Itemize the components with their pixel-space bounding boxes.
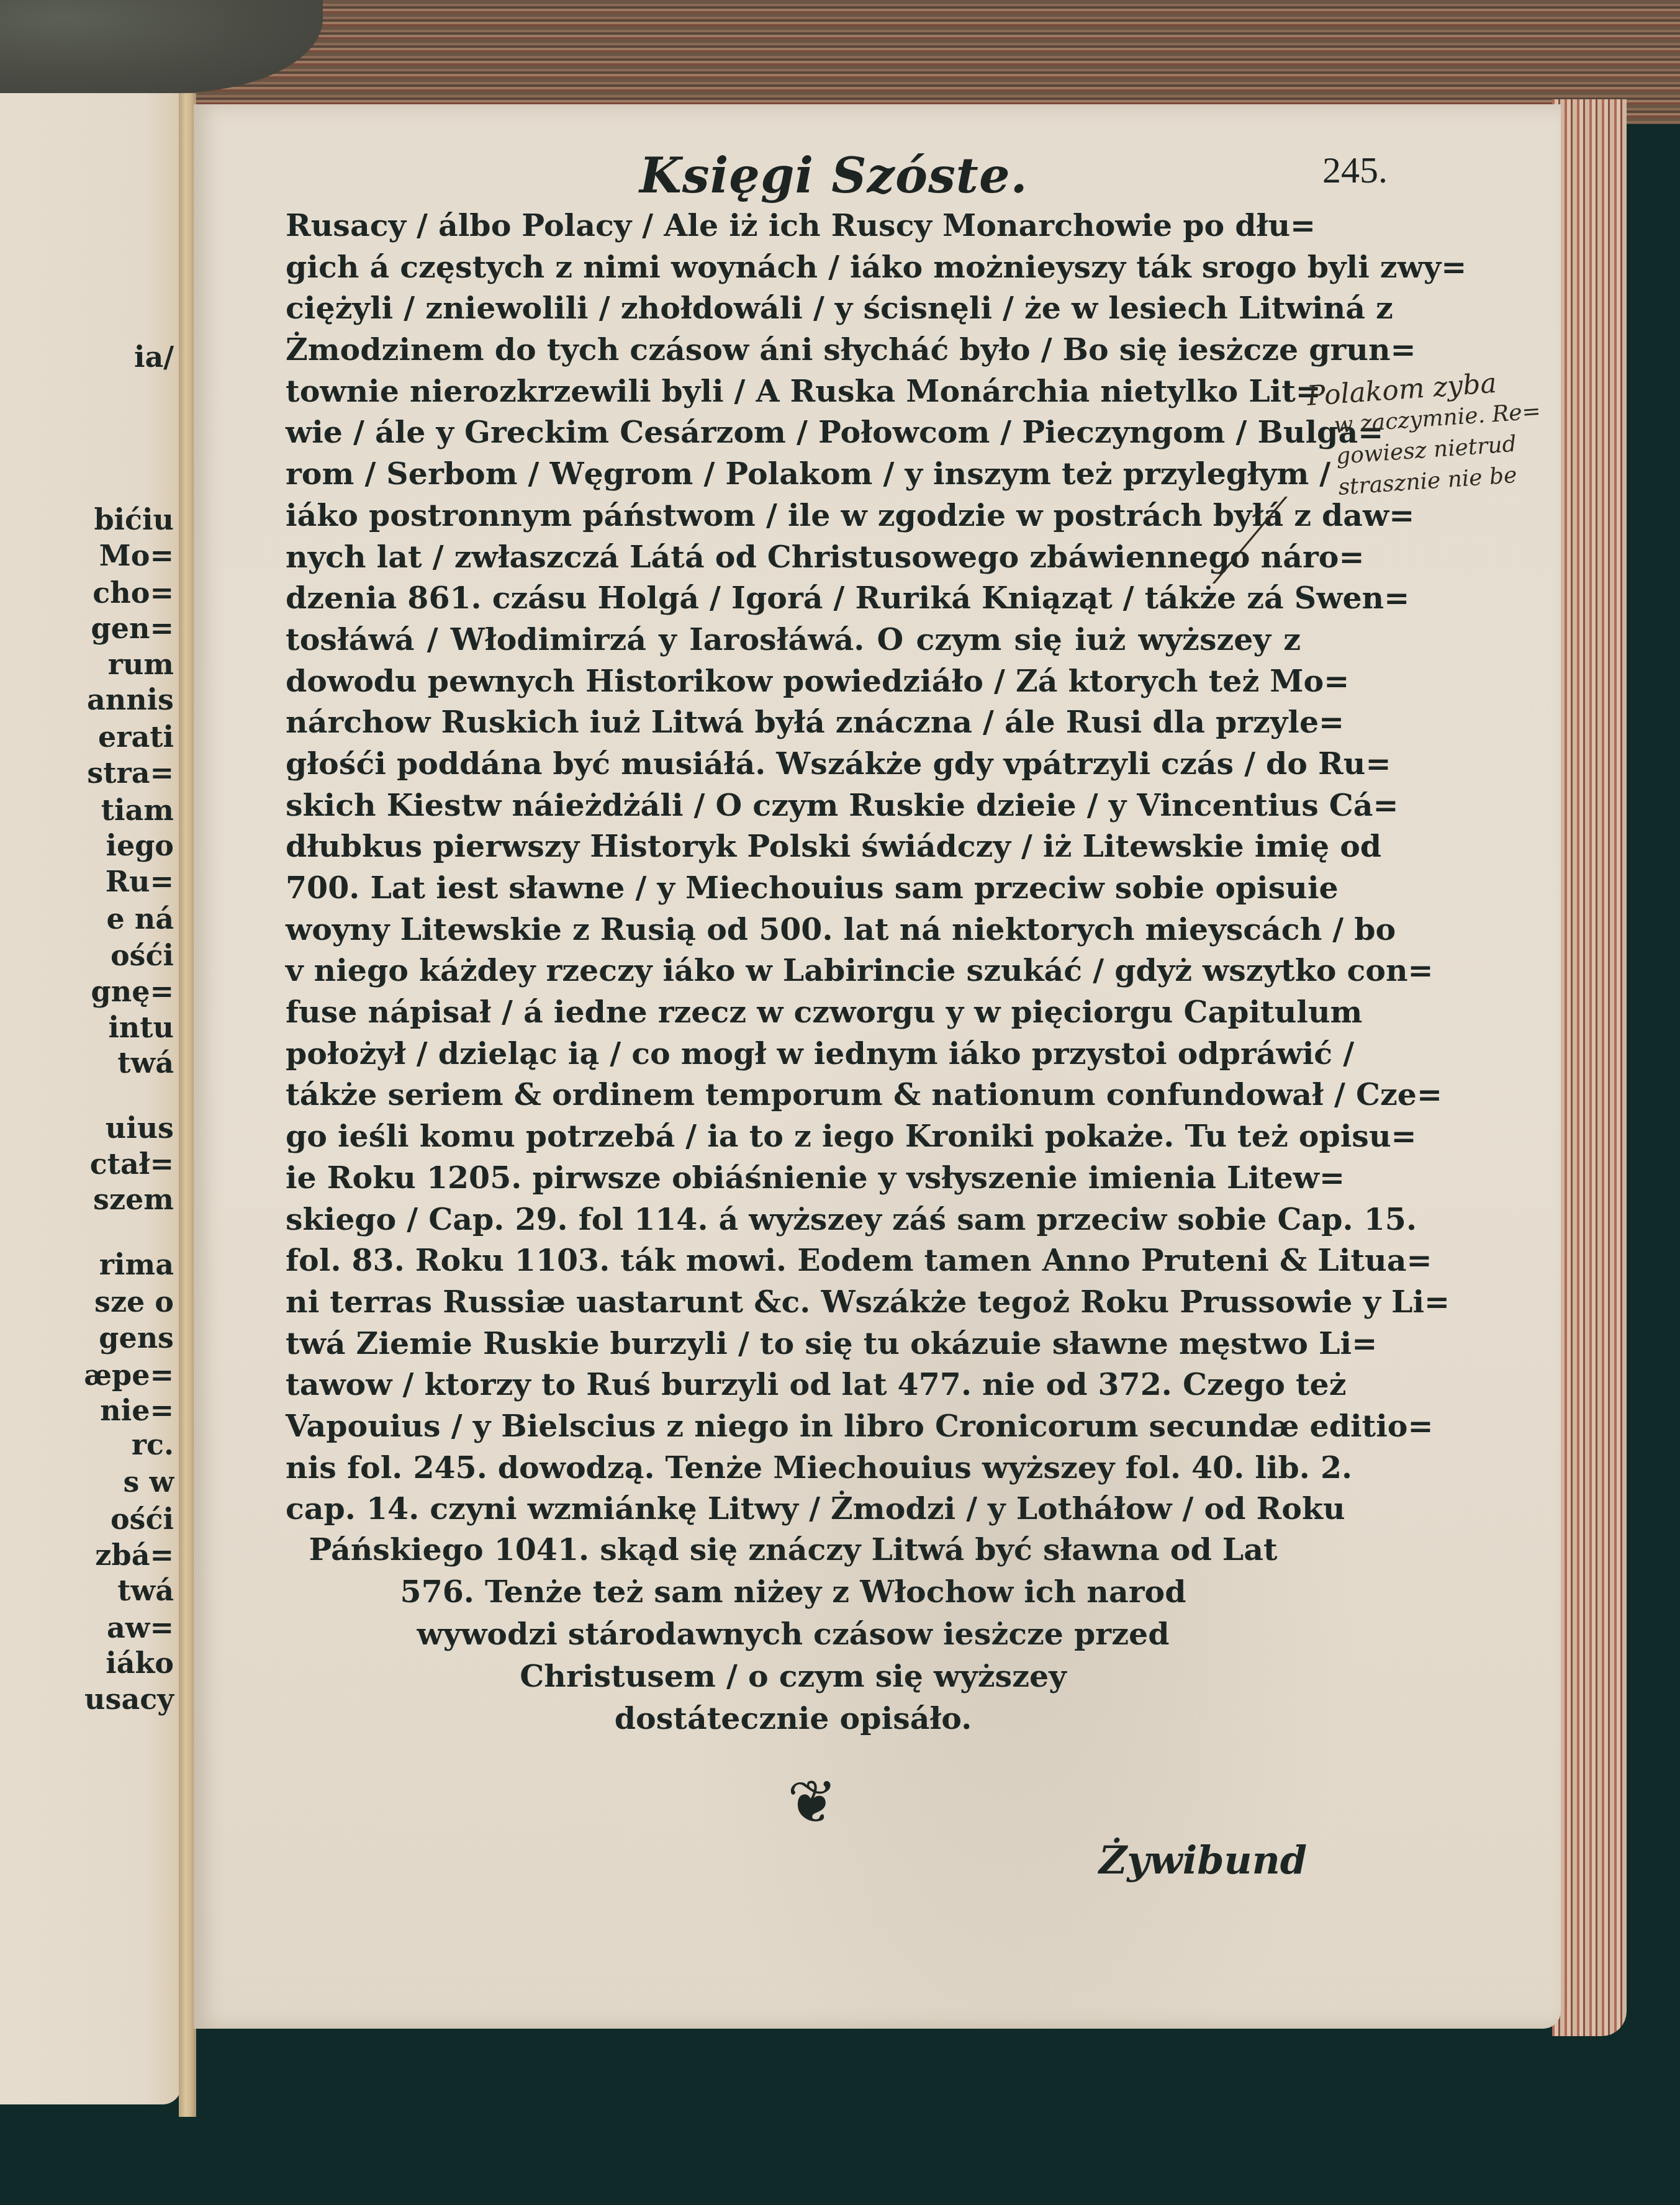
text-line: ni terras Russiæ uastarunt &c. Wszákże t… <box>286 1281 1301 1323</box>
text-line: fuse nápisał / á iedne rzecz w czworgu y… <box>286 991 1301 1033</box>
text-line: dowodu pewnych Historikow powiedziáło / … <box>286 661 1301 702</box>
text-line: v niego káżdey rzeczy iáko w Labirincie … <box>286 950 1301 991</box>
text-line: skich Kiestw náieżdżáli / O czym Ruskie … <box>286 785 1301 826</box>
text-line: Christusem / o czym się wyższey <box>286 1655 1301 1697</box>
left-page-fragment: rum <box>108 647 174 681</box>
left-page-fragment: annis <box>87 683 174 716</box>
body-text: Rusacy / álbo Polacy / Ale iż ich Ruscy … <box>286 205 1301 1530</box>
left-page-fragment: ia/ <box>134 340 174 374</box>
left-page-fragment: ctał= <box>90 1147 174 1181</box>
left-page-fragment: rc. <box>132 1428 174 1461</box>
left-page-fragment: gens <box>99 1321 174 1355</box>
text-line: dzenia 861. czásu Holgá / Igorá / Ruriká… <box>286 577 1301 619</box>
left-page-fragment: gnę= <box>91 975 174 1008</box>
left-page-fragment: tiam <box>101 793 174 827</box>
left-page <box>0 93 181 2104</box>
text-line: Vapouius / y Bielscius z niego in libro … <box>286 1405 1301 1447</box>
left-page-fragment: iego <box>106 829 174 862</box>
left-page-fragment: erati <box>98 720 174 754</box>
text-line: Rusacy / álbo Polacy / Ale iż ich Ruscy … <box>286 205 1301 246</box>
text-line: tosłáwá / Włodimirzá y Iarosłáwá. O czym… <box>286 619 1301 661</box>
closing-paragraph: Páńskiego 1041. skąd się znáczy Litwá by… <box>286 1528 1301 1739</box>
left-page-fragment: uius <box>106 1111 174 1145</box>
left-page-fragment: Mo= <box>99 539 174 572</box>
left-page-fragment: twá <box>117 1046 174 1080</box>
text-line: ciężyli / zniewolili / zhołdowáli / y śc… <box>286 287 1301 329</box>
text-line: skiego / Cap. 29. fol 114. á wyższey záś… <box>286 1199 1301 1240</box>
left-page-fragment: Ru= <box>106 865 174 898</box>
text-line: nis fol. 245. dowodzą. Tenże Miechouius … <box>286 1447 1301 1489</box>
text-line: iáko postronnym páństwom / ile w zgodzie… <box>286 495 1301 536</box>
left-page-fragment: szem <box>93 1183 174 1216</box>
text-line: Páńskiego 1041. skąd się znáczy Litwá by… <box>286 1528 1301 1571</box>
left-page-fragment: e ná <box>106 902 174 936</box>
text-line: go ieśli komu potrzebá / ia to z iego Kr… <box>286 1116 1301 1157</box>
text-line: położył / dzieląc ią / co mogł w iednym … <box>286 1033 1301 1075</box>
text-line: głośći poddána być musiáłá. Wszákże gdy … <box>286 743 1301 785</box>
left-page-fragment: twá <box>117 1574 174 1607</box>
text-line: woyny Litewskie z Rusią od 500. lat ná n… <box>286 909 1301 950</box>
text-line: twá Ziemie Ruskie burzyli / to się tu ok… <box>286 1323 1301 1364</box>
text-line: gich á częstych z nimi woynách / iáko mo… <box>286 246 1301 288</box>
text-line: 576. Tenże też sam niżey z Włochow ich n… <box>286 1571 1301 1613</box>
left-page-fragment: rima <box>99 1248 174 1281</box>
left-page-fragment: stra= <box>87 756 174 790</box>
running-head: Księgi Szóste. <box>639 148 1028 204</box>
catchword: Żywibund <box>1099 1837 1307 1883</box>
left-page-fragment: gen= <box>91 611 174 645</box>
page-number: 245. <box>1322 149 1388 192</box>
left-page-fragment: nie= <box>100 1394 174 1427</box>
text-line: townie nierozkrzewili byli / A Ruska Mon… <box>286 371 1301 412</box>
text-line: fol. 83. Roku 1103. ták mowi. Eodem tame… <box>286 1240 1301 1281</box>
text-line: tawow / ktorzy to Ruś burzyli od lat 477… <box>286 1364 1301 1405</box>
left-page-fragment: sze o <box>94 1285 174 1319</box>
left-page-fragment: intu <box>108 1011 174 1044</box>
left-page-fragment: iáko <box>106 1646 174 1680</box>
left-page-fragment: aw= <box>107 1611 174 1644</box>
text-line: ie Roku 1205. pirwsze obiáśnienie y vsły… <box>286 1157 1301 1199</box>
left-page-fragment: usacy <box>84 1682 174 1716</box>
text-line: tákże seriem & ordinem temporum & nation… <box>286 1074 1301 1116</box>
page-fore-edge <box>1552 99 1627 2036</box>
left-page-fragment: zbá= <box>95 1538 174 1572</box>
text-line: nych lat / zwłaszczá Látá od Christusowe… <box>286 536 1301 578</box>
text-line: nárchow Ruskich iuż Litwá byłá znáczna /… <box>286 701 1301 743</box>
fleuron-ornament-icon: ❦ <box>787 1772 831 1853</box>
text-line: dostátecznie opisáło. <box>286 1697 1301 1739</box>
text-line: Żmodzinem do tych czásow áni słycháć był… <box>286 329 1301 371</box>
text-line: cap. 14. czyni wzmiánkę Litwy / Żmodzi /… <box>286 1488 1301 1530</box>
left-page-fragment: ośći <box>111 939 174 972</box>
left-page-fragment: æpe= <box>84 1358 174 1392</box>
text-line: 700. Lat iest sławne / y Miechouius sam … <box>286 867 1301 909</box>
handwritten-marginal-note: Polakom zyba w zaczymnie. Re= gowiesz ni… <box>1306 364 1563 505</box>
left-page-fragment: cho= <box>93 576 174 610</box>
left-page-fragment: ośći <box>111 1502 174 1536</box>
left-page-fragment: bićiu <box>94 503 174 536</box>
text-line: dłubkus pierwszy Historyk Polski świádcz… <box>286 826 1301 867</box>
text-line: rom / Serbom / Węgrom / Polakom / y insz… <box>286 453 1301 495</box>
text-line: wywodzi stárodawnych czásow iesżcze prze… <box>286 1613 1301 1655</box>
text-line: wie / ále y Greckim Cesárzom / Połowcom … <box>286 412 1301 453</box>
left-page-fragment: s w <box>123 1465 174 1499</box>
book-scan: ia/bićiuMo=cho=gen=rumanniseratistra=tia… <box>0 0 1680 2205</box>
